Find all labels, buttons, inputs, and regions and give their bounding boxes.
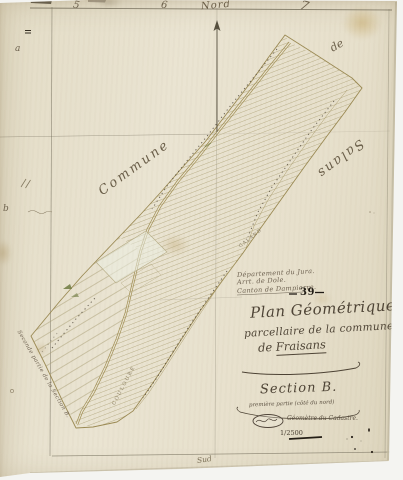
scale-text: 1/2500 (280, 430, 303, 437)
grid-letter-left: a (15, 45, 20, 54)
commune-name: Fraisans (275, 337, 326, 356)
section-title: Section B. (260, 381, 338, 397)
map-sheet: Nord Sud 5 6 7 a b Commune de Salans GAL… (0, 0, 403, 480)
grid-number-top: 6 (160, 1, 167, 12)
surveyor-title: Géomètre du Cadastre. (287, 416, 358, 422)
parcel-hatching (31, 35, 362, 427)
signature-cartouche (253, 415, 283, 428)
north-arrow (214, 20, 221, 132)
map-title-line3: de Fraisans (258, 339, 326, 354)
scanned-map-page: Nord Sud 5 6 7 a b Commune de Salans GAL… (0, 0, 403, 480)
sheet-number: 39 (300, 288, 315, 298)
title-prefix: de (258, 340, 273, 355)
south-label: Sud (197, 455, 213, 464)
grid-letter-left: b (3, 205, 9, 214)
